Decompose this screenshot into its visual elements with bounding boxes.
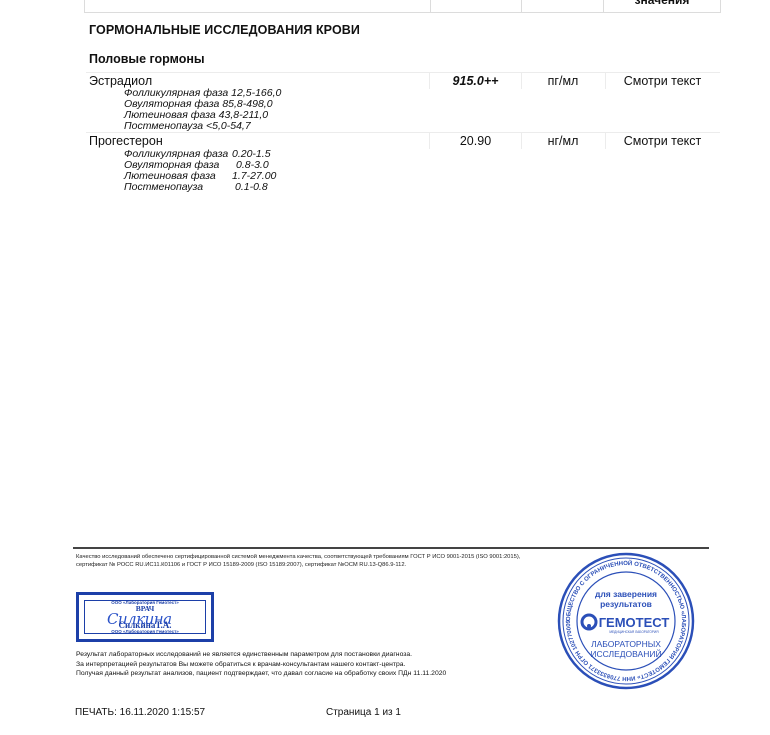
results-table-header: значения xyxy=(84,0,721,13)
page-number: Страница 1 из 1 xyxy=(326,707,401,718)
test-name: Эстрадиол xyxy=(89,74,152,88)
phase-range: <5,0-54,7 xyxy=(206,120,251,132)
svg-text:ЛАБОРАТОРНЫХ: ЛАБОРАТОРНЫХ xyxy=(591,639,661,649)
doctor-stamp: ООО «Лаборатория Гемотест» ВРАЧ Силкина … xyxy=(76,592,214,642)
print-timestamp: ПЕЧАТЬ: 16.11.2020 1:15:57 xyxy=(75,707,205,718)
reference-ranges-progesterone: Фолликулярная фаза0.20-1.5 Овуляторная ф… xyxy=(124,149,276,193)
reference-column-label: значения xyxy=(604,0,720,7)
column-divider xyxy=(430,0,431,12)
disclaimer-line: За интерпретацией результатов Вы можете … xyxy=(76,660,446,670)
test-result: 20.90 xyxy=(430,134,521,148)
test-name: Прогестерон xyxy=(89,134,163,148)
svg-text:МЕДИЦИНСКАЯ ЛАБОРАТОРИЯ: МЕДИЦИНСКАЯ ЛАБОРАТОРИЯ xyxy=(609,630,659,634)
test-result: 915.0++ xyxy=(430,74,521,88)
test-row-estradiol: Эстрадиол 915.0++ пг/мл Смотри текст xyxy=(86,72,720,73)
phase-range: 0.1-0.8 xyxy=(232,181,268,193)
test-unit: пг/мл xyxy=(521,74,605,88)
reference-ranges-estradiol: Фолликулярная фаза 12,5-166,0 Овуляторна… xyxy=(124,88,281,132)
subsection-title: Половые гормоны xyxy=(89,52,205,66)
disclaimer: Результат лабораторных исследований не я… xyxy=(76,650,446,679)
test-reference: Смотри текст xyxy=(605,74,720,88)
footer-divider xyxy=(73,547,709,549)
stamp-org-bottom: ООО «Лаборатория Гемотест» xyxy=(85,629,205,634)
stamp-inner-border: ООО «Лаборатория Гемотест» ВРАЧ Силкина … xyxy=(84,600,206,634)
phase-label: Постменопауза xyxy=(124,182,232,193)
test-row-progesterone: Прогестерон 20.90 нг/мл Смотри текст xyxy=(86,132,720,133)
lab-stamp-seal-icon: ОБЩЕСТВО С ОГРАНИЧЕННОЙ ОТВЕТСТВЕННОСТЬЮ… xyxy=(557,552,695,690)
section-title: ГОРМОНАЛЬНЫЕ ИССЛЕДОВАНИЯ КРОВИ xyxy=(89,23,360,37)
certification-text: Качество исследований обеспечено сертифи… xyxy=(76,554,536,569)
test-reference: Смотри текст xyxy=(605,134,720,148)
svg-text:для заверения: для заверения xyxy=(595,589,657,599)
reference-range-line: Постменопауза <5,0-54,7 xyxy=(124,121,281,132)
svg-text:ИССЛЕДОВАНИЙ: ИССЛЕДОВАНИЙ xyxy=(590,648,661,659)
reference-range-line: Постменопауза0.1-0.8 xyxy=(124,182,276,193)
column-divider xyxy=(521,0,522,12)
phase-label: Постменопауза xyxy=(124,120,203,132)
lab-stamp: ОБЩЕСТВО С ОГРАНИЧЕННОЙ ОТВЕТСТВЕННОСТЬЮ… xyxy=(557,552,695,690)
disclaimer-line: Получая данный результат анализов, пацие… xyxy=(76,669,446,679)
disclaimer-line: Результат лабораторных исследований не я… xyxy=(76,650,446,660)
svg-text:ГЕМОТЕСТ: ГЕМОТЕСТ xyxy=(599,615,670,630)
svg-text:результатов: результатов xyxy=(600,599,652,609)
test-unit: нг/мл xyxy=(521,134,605,148)
